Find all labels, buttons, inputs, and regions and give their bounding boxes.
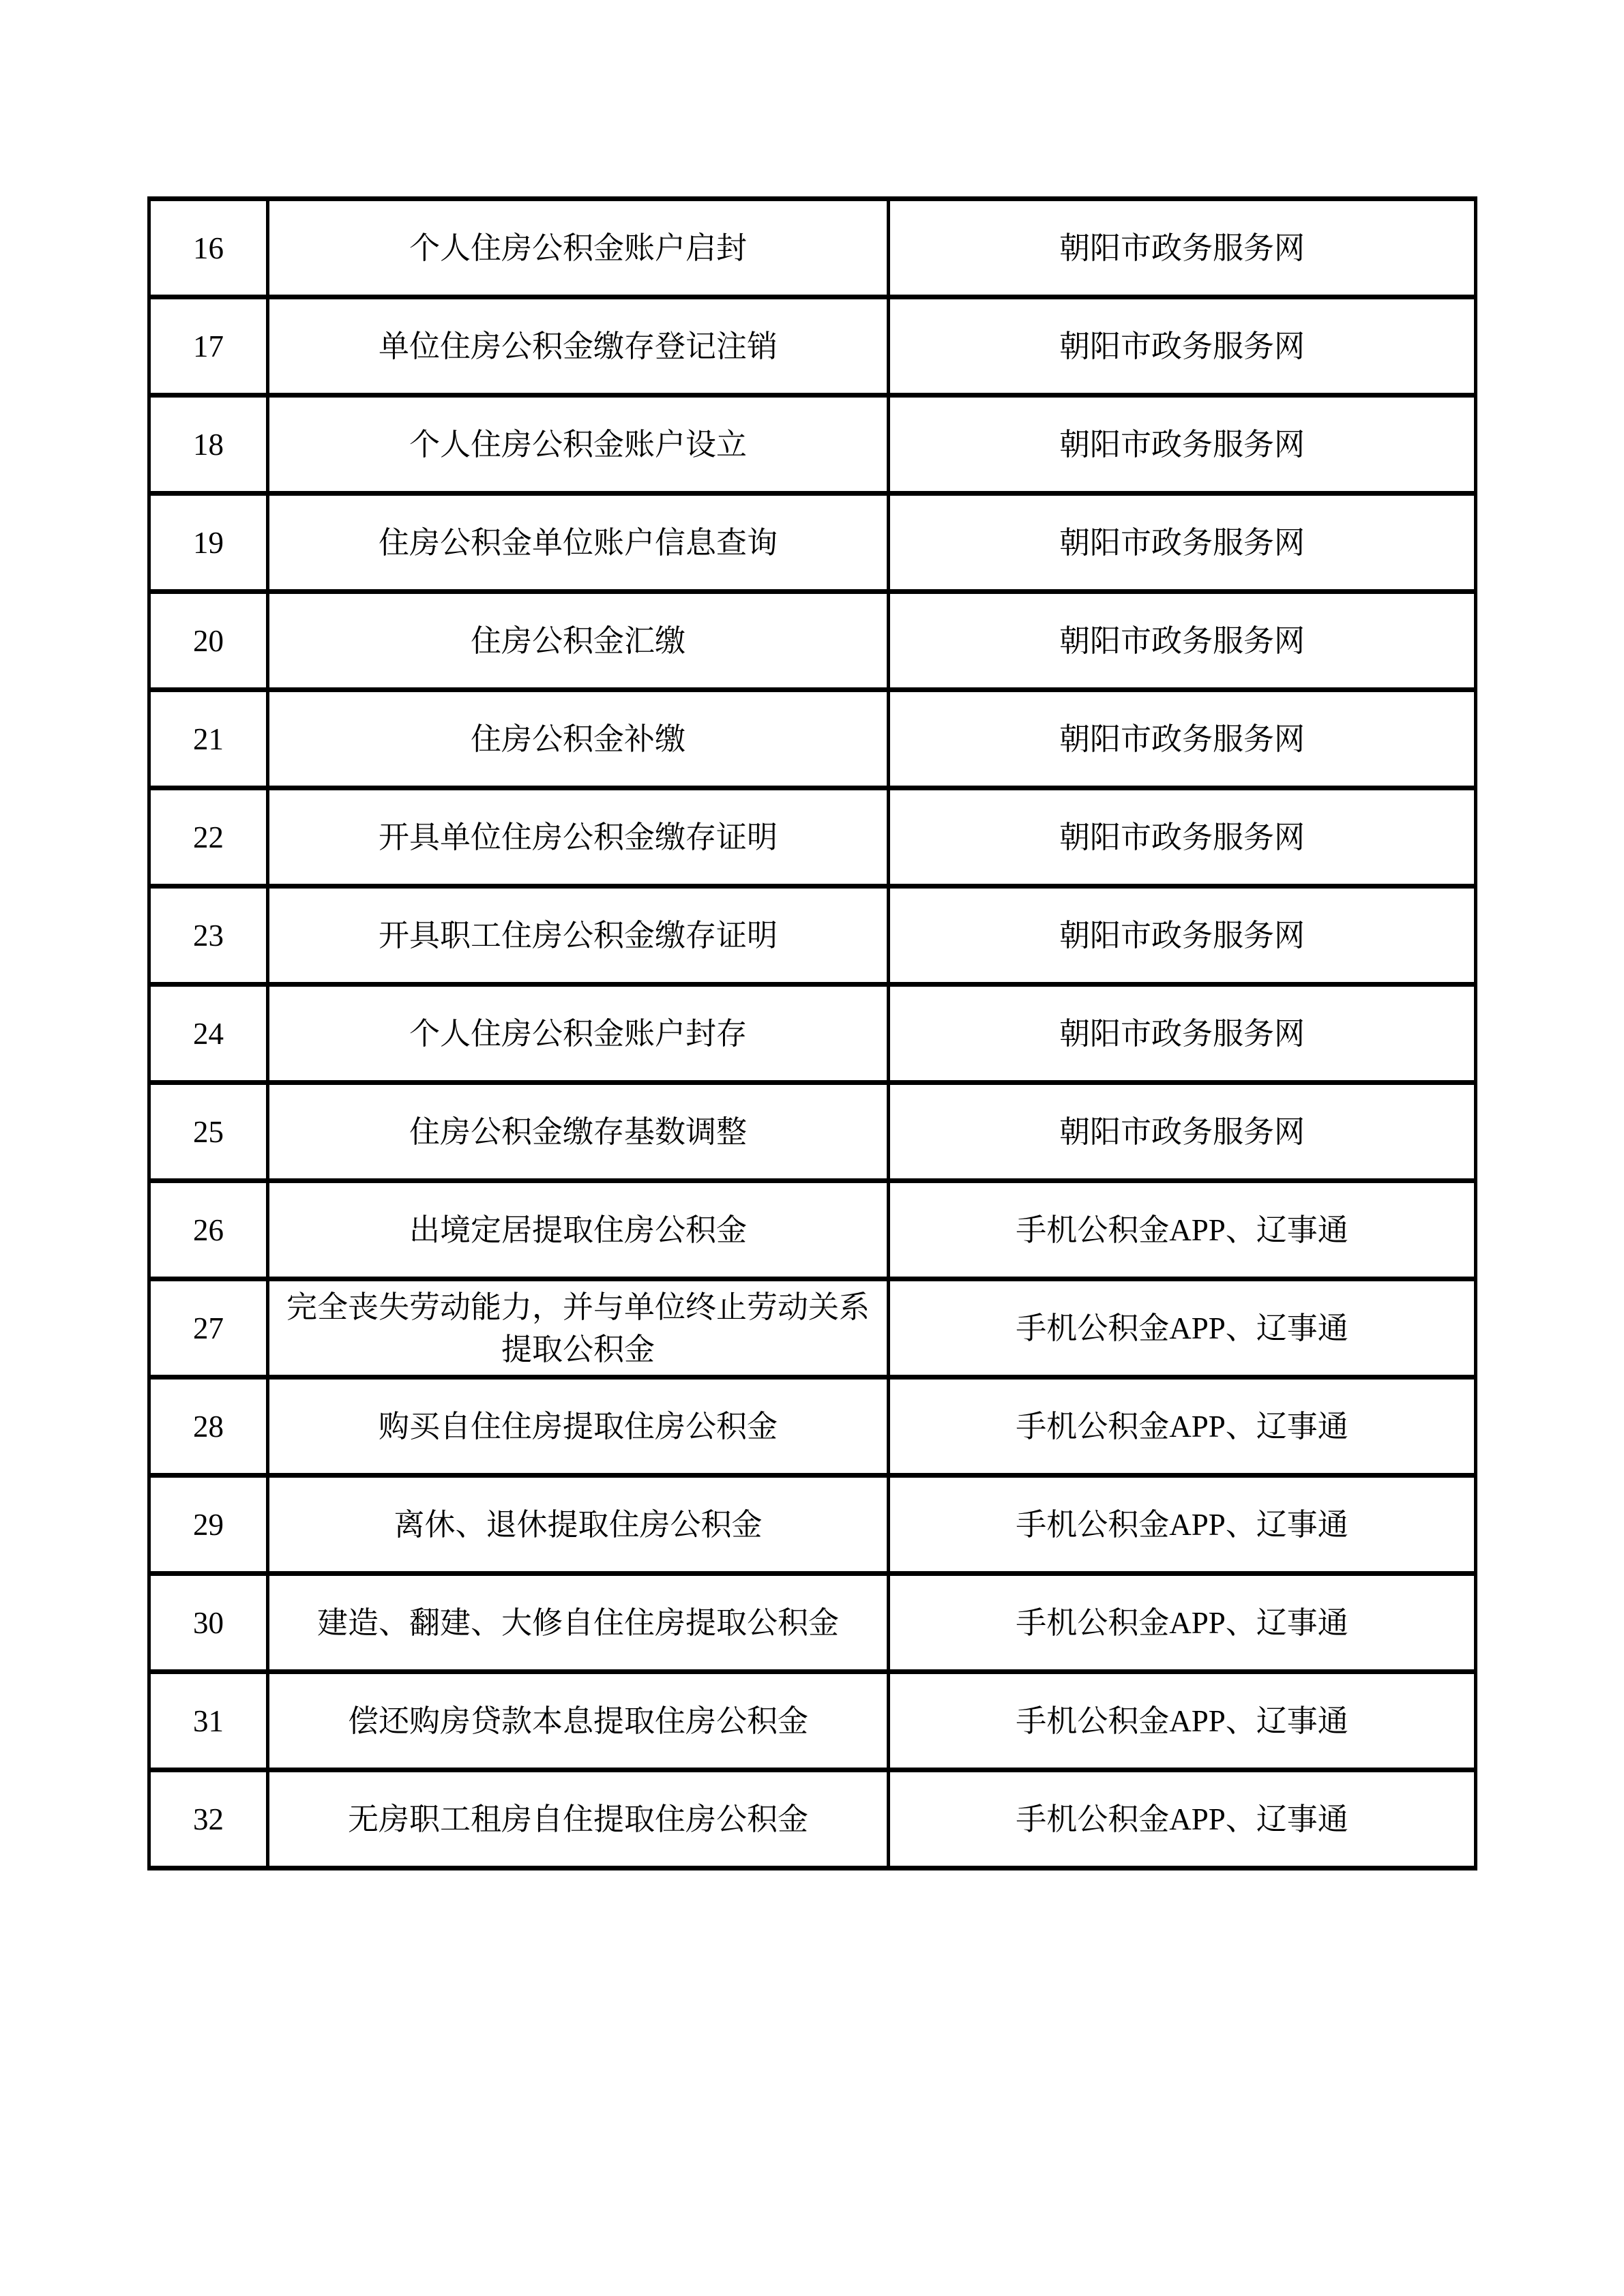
service-channel-cell: 朝阳市政务服务网	[889, 788, 1476, 886]
row-number-cell: 29	[149, 1476, 268, 1574]
service-channel-cell: 朝阳市政务服务网	[889, 985, 1476, 1083]
service-channel-cell: 朝阳市政务服务网	[889, 199, 1476, 297]
service-channel-cell: 朝阳市政务服务网	[889, 297, 1476, 396]
service-channel-cell: 手机公积金APP、辽事通	[889, 1181, 1476, 1279]
row-number-cell: 28	[149, 1377, 268, 1476]
service-channel-cell: 手机公积金APP、辽事通	[889, 1476, 1476, 1574]
service-name-cell: 住房公积金汇缴	[268, 592, 889, 690]
row-number-cell: 23	[149, 886, 268, 985]
table-row: 21 住房公积金补缴 朝阳市政务服务网	[149, 690, 1476, 788]
service-channel-cell: 手机公积金APP、辽事通	[889, 1672, 1476, 1770]
service-channel-cell: 朝阳市政务服务网	[889, 1083, 1476, 1181]
service-name-cell: 开具单位住房公积金缴存证明	[268, 788, 889, 886]
table-row: 27 完全丧失劳动能力，并与单位终止劳动关系提取公积金 手机公积金APP、辽事通	[149, 1279, 1476, 1377]
services-table-body: 16 个人住房公积金账户启封 朝阳市政务服务网 17 单位住房公积金缴存登记注销…	[149, 199, 1476, 1868]
row-number-cell: 17	[149, 297, 268, 396]
service-name-cell: 出境定居提取住房公积金	[268, 1181, 889, 1279]
service-name-cell: 偿还购房贷款本息提取住房公积金	[268, 1672, 889, 1770]
row-number-cell: 19	[149, 494, 268, 592]
row-number-cell: 27	[149, 1279, 268, 1377]
service-channel-cell: 朝阳市政务服务网	[889, 690, 1476, 788]
row-number-cell: 24	[149, 985, 268, 1083]
service-name-cell: 住房公积金补缴	[268, 690, 889, 788]
service-name-cell: 完全丧失劳动能力，并与单位终止劳动关系提取公积金	[268, 1279, 889, 1377]
service-name-cell: 无房职工租房自住提取住房公积金	[268, 1770, 889, 1868]
service-name-cell: 建造、翻建、大修自住住房提取公积金	[268, 1574, 889, 1672]
service-channel-cell: 手机公积金APP、辽事通	[889, 1279, 1476, 1377]
row-number-cell: 25	[149, 1083, 268, 1181]
services-table: 16 个人住房公积金账户启封 朝阳市政务服务网 17 单位住房公积金缴存登记注销…	[147, 196, 1477, 1870]
service-name-cell: 个人住房公积金账户封存	[268, 985, 889, 1083]
table-row: 26 出境定居提取住房公积金 手机公积金APP、辽事通	[149, 1181, 1476, 1279]
table-row: 28 购买自住住房提取住房公积金 手机公积金APP、辽事通	[149, 1377, 1476, 1476]
row-number-cell: 20	[149, 592, 268, 690]
service-channel-cell: 手机公积金APP、辽事通	[889, 1377, 1476, 1476]
row-number-cell: 16	[149, 199, 268, 297]
service-channel-cell: 朝阳市政务服务网	[889, 396, 1476, 494]
table-row: 32 无房职工租房自住提取住房公积金 手机公积金APP、辽事通	[149, 1770, 1476, 1868]
service-name-cell: 住房公积金单位账户信息查询	[268, 494, 889, 592]
table-row: 24 个人住房公积金账户封存 朝阳市政务服务网	[149, 985, 1476, 1083]
table-row: 31 偿还购房贷款本息提取住房公积金 手机公积金APP、辽事通	[149, 1672, 1476, 1770]
table-row: 29 离休、退休提取住房公积金 手机公积金APP、辽事通	[149, 1476, 1476, 1574]
service-channel-cell: 朝阳市政务服务网	[889, 886, 1476, 985]
table-row: 19 住房公积金单位账户信息查询 朝阳市政务服务网	[149, 494, 1476, 592]
table-row: 22 开具单位住房公积金缴存证明 朝阳市政务服务网	[149, 788, 1476, 886]
table-row: 23 开具职工住房公积金缴存证明 朝阳市政务服务网	[149, 886, 1476, 985]
row-number-cell: 31	[149, 1672, 268, 1770]
service-channel-cell: 手机公积金APP、辽事通	[889, 1770, 1476, 1868]
row-number-cell: 18	[149, 396, 268, 494]
service-channel-cell: 朝阳市政务服务网	[889, 592, 1476, 690]
row-number-cell: 30	[149, 1574, 268, 1672]
service-name-cell: 购买自住住房提取住房公积金	[268, 1377, 889, 1476]
table-row: 25 住房公积金缴存基数调整 朝阳市政务服务网	[149, 1083, 1476, 1181]
service-name-cell: 离休、退休提取住房公积金	[268, 1476, 889, 1574]
table-row: 17 单位住房公积金缴存登记注销 朝阳市政务服务网	[149, 297, 1476, 396]
service-name-cell: 开具职工住房公积金缴存证明	[268, 886, 889, 985]
document-page: 16 个人住房公积金账户启封 朝阳市政务服务网 17 单位住房公积金缴存登记注销…	[0, 0, 1624, 2296]
row-number-cell: 21	[149, 690, 268, 788]
service-name-cell: 住房公积金缴存基数调整	[268, 1083, 889, 1181]
service-name-cell: 单位住房公积金缴存登记注销	[268, 297, 889, 396]
row-number-cell: 32	[149, 1770, 268, 1868]
service-channel-cell: 朝阳市政务服务网	[889, 494, 1476, 592]
table-row: 18 个人住房公积金账户设立 朝阳市政务服务网	[149, 396, 1476, 494]
table-row: 30 建造、翻建、大修自住住房提取公积金 手机公积金APP、辽事通	[149, 1574, 1476, 1672]
table-row: 16 个人住房公积金账户启封 朝阳市政务服务网	[149, 199, 1476, 297]
service-name-cell: 个人住房公积金账户设立	[268, 396, 889, 494]
table-row: 20 住房公积金汇缴 朝阳市政务服务网	[149, 592, 1476, 690]
service-channel-cell: 手机公积金APP、辽事通	[889, 1574, 1476, 1672]
service-name-cell: 个人住房公积金账户启封	[268, 199, 889, 297]
row-number-cell: 22	[149, 788, 268, 886]
row-number-cell: 26	[149, 1181, 268, 1279]
